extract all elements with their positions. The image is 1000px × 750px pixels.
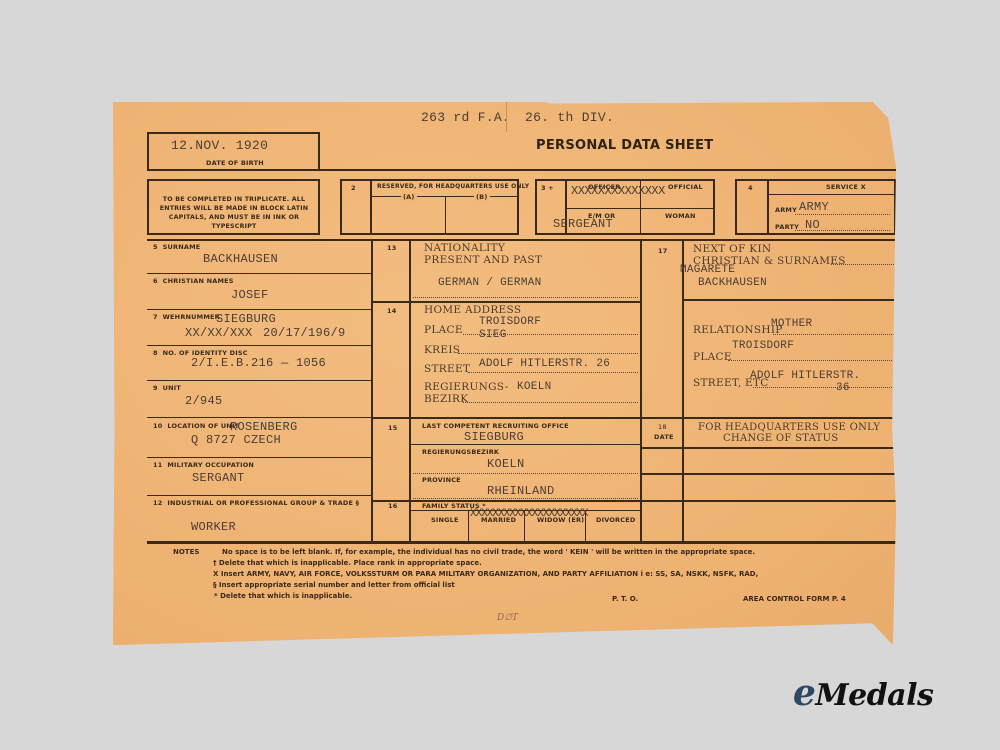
next-of-kin-label: NEXT OF KIN: [693, 243, 771, 255]
surname-value: BACKHAUSEN: [203, 252, 278, 266]
kin-name-1: MAGARETE: [680, 264, 735, 276]
home-bezirk-value: KOELN: [517, 381, 552, 393]
kin-street-value-2: 36: [836, 382, 850, 394]
service-label: SERVICE X: [826, 183, 866, 191]
section-3-number: 3 +: [541, 184, 554, 192]
section-2-col-b: (b): [474, 193, 490, 201]
kin-street-value: ADOLF HITLERSTR.: [750, 370, 860, 382]
field-11-label: 11 MILITARY OCCUPATION: [153, 461, 254, 469]
army-value: ARMY: [799, 200, 829, 214]
field-7-label: 7 WEHRNUMMER: [153, 313, 220, 321]
notes-line-5: * Delete that which is inapplicable.: [214, 592, 352, 600]
field-5-label: 5 SURNAME: [153, 243, 200, 251]
field-6-label: 6 CHRISTIAN NAMES: [153, 277, 234, 285]
instructions-text: TO BE COMPLETED IN TRIPLICATE. ALL ENTRI…: [159, 195, 309, 231]
pto-label: P. T. O.: [612, 595, 638, 603]
notes-line-4: § Insert appropriate serial number and l…: [213, 581, 455, 589]
notes-line-2: † Delete that which is inapplicable. Pla…: [213, 559, 482, 567]
section-16-number: 16: [388, 502, 397, 510]
date-of-birth-value: 12.NOV. 1920: [171, 138, 268, 153]
notes-line-3: X Insert ARMY, NAVY, AIR FORCE, VOLKSSTU…: [213, 570, 758, 578]
section-2-label: RESERVED, FOR HEADQUARTERS USE ONLY: [377, 183, 529, 190]
section-4-number: 4: [748, 184, 753, 192]
paper-fold: [506, 102, 507, 132]
section-14-number: 14: [387, 307, 396, 315]
hq-use-label: FOR HEADQUARTERS USE ONLY: [698, 422, 880, 433]
section-2-number: 2: [351, 184, 356, 192]
relationship-value: MOTHER: [771, 318, 812, 330]
top-rule: [147, 169, 896, 171]
notes-line-1: No space is to be left blank. If, for ex…: [222, 548, 755, 556]
unit-line-left: 263 rd F.A.: [421, 110, 510, 125]
section-13-number: 13: [387, 244, 396, 252]
home-place-value-2: SIEG: [479, 329, 507, 341]
page-title: PERSONAL DATA SHEET: [536, 138, 713, 153]
family-status-divorced: DIVORCED: [596, 516, 635, 524]
official-label: OFFICIAL: [668, 183, 703, 191]
form-id: AREA CONTROL FORM P. 4: [743, 595, 846, 603]
location-value: ROSENBERG: [230, 420, 298, 434]
date-label: DATE: [654, 433, 674, 441]
location-value-2: Q 8727 CZECH: [191, 433, 281, 447]
pencil-annotation: D∅T: [497, 613, 518, 623]
bezirk-label: BEZIRK: [424, 393, 468, 405]
date-of-birth-label: DATE OF BIRTH: [206, 159, 264, 167]
unit-value: 2/945: [185, 394, 223, 408]
wehrnummer-strikeout: XX/XX/XXX: [185, 326, 253, 340]
home-address-label: HOME ADDRESS: [424, 304, 521, 316]
identity-disc-value: 2/I.E.B.216 — 1056: [191, 356, 326, 370]
trade-value: WORKER: [191, 520, 236, 534]
home-place-value: TROISDORF: [479, 316, 541, 328]
section-3-strikeout: XXXXXXXXXXXXXX: [571, 184, 665, 198]
relationship-label: RELATIONSHIP: [693, 324, 783, 336]
wehrnummer-value: 20/17/196/9: [263, 326, 346, 340]
personal-data-sheet: 263 rd F.A. 26. th DIV. 12.NOV. 1920 DAT…: [113, 102, 896, 645]
nationality-value: GERMAN / GERMAN: [438, 277, 542, 289]
wehrnummer-place: SIEGBURG: [216, 312, 276, 326]
field-10-label: 10 LOCATION OF UNIT: [153, 422, 239, 430]
field-9-label: 9 UNIT: [153, 384, 181, 392]
section-17-number: 17: [658, 247, 667, 255]
notes-title: NOTES: [173, 548, 199, 556]
nationality-label: NATIONALITY: [424, 242, 505, 254]
province-value: RHEINLAND: [487, 484, 555, 498]
kreis-label: KREIS: [424, 344, 460, 356]
woman-label: WOMAN: [665, 212, 696, 220]
regierungsbezirk-label: REGIERUNGSBEZIRK: [422, 448, 499, 456]
field-12-label: 12 INDUSTRIAL OR PROFESSIONAL GROUP & TR…: [153, 499, 359, 507]
christian-names-value: JOSEF: [231, 288, 269, 302]
regierungs-label: REGIERUNGS-: [424, 381, 509, 393]
present-past-label: PRESENT AND PAST: [424, 254, 542, 266]
recruiting-office-value: SIEGBURG: [464, 430, 524, 444]
kin-place-label: PLACE: [693, 351, 732, 363]
change-status-label: CHANGE OF STATUS: [723, 433, 839, 444]
unit-line-right: 26. th DIV.: [525, 110, 614, 125]
family-status-strikeout: XXXXXXXXXXXXXXXXXXXXX: [470, 508, 588, 520]
party-value: NO: [805, 218, 820, 232]
section-15-number: 15: [388, 424, 397, 432]
section-18-number: 18: [658, 423, 667, 431]
emedals-logo: eMedals: [793, 672, 933, 714]
place-label: PLACE: [424, 324, 463, 336]
rank-value: SERGEANT: [553, 217, 613, 231]
home-street-value: ADOLF HITLERSTR. 26: [479, 358, 610, 370]
family-status-single: SINGLE: [431, 516, 459, 524]
province-label: PROVINCE: [422, 476, 461, 484]
street-label: STREET: [424, 363, 470, 375]
section-2-col-a: (a): [401, 193, 417, 201]
army-label: ARMY: [775, 206, 797, 214]
military-occupation-value: SERGANT: [192, 471, 245, 485]
kin-place-value: TROISDORF: [732, 340, 794, 352]
recruiting-bezirk-value: KOELN: [487, 457, 525, 471]
recruiting-office-label: LAST COMPETENT RECRUITING OFFICE: [422, 422, 569, 430]
kin-name-2: BACKHAUSEN: [698, 277, 767, 289]
